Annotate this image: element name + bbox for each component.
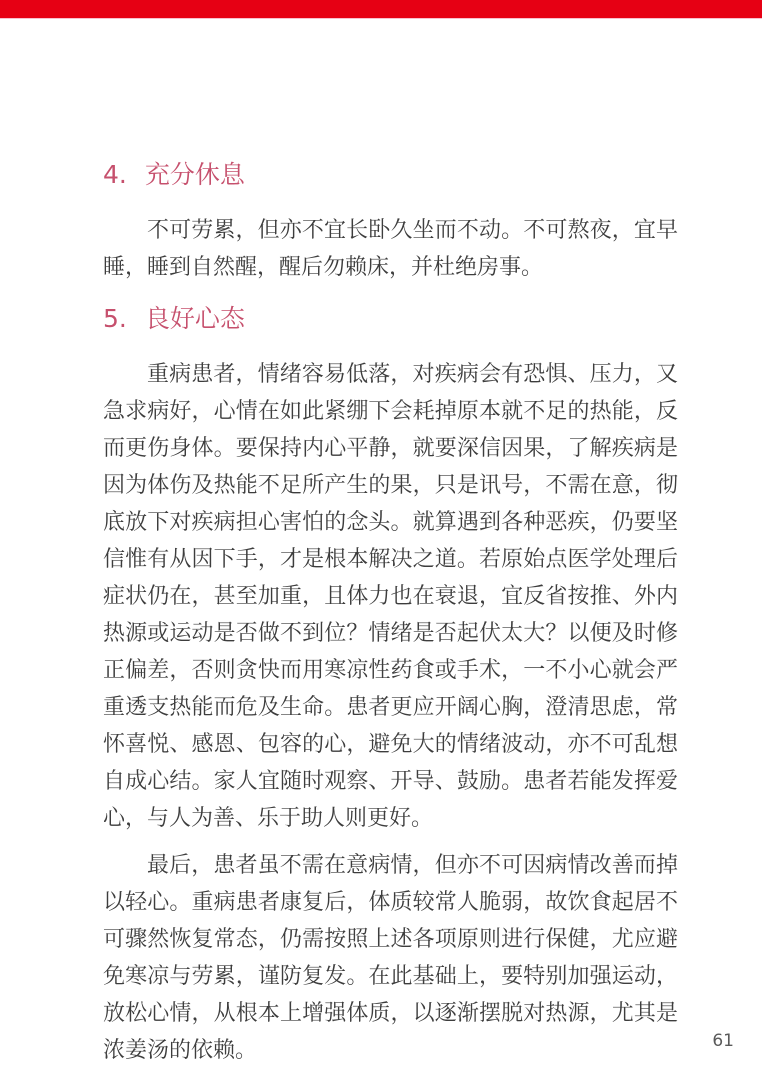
section-number: 5.	[103, 302, 127, 336]
section-heading: 4. 充分休息	[103, 158, 678, 192]
paragraph: 最后，患者虽不需在意病情，但亦不可因病情改善而掉以轻心。重病患者康复后，体质较常…	[103, 847, 678, 1069]
page-number: 61	[712, 1030, 734, 1052]
section-rest: 4. 充分休息 不可劳累，但亦不宜长卧久坐而不动。不可熬夜，宜早睡，睡到自然醒，…	[103, 158, 678, 286]
paragraph: 不可劳累，但亦不宜长卧久坐而不动。不可熬夜，宜早睡，睡到自然醒，醒后勿赖床，并杜…	[103, 212, 678, 286]
section-mindset: 5. 良好心态 重病患者，情绪容易低落，对疾病会有恐惧、压力，又急求病好，心情在…	[103, 302, 678, 1069]
section-number: 4.	[103, 158, 127, 192]
page-content: 4. 充分休息 不可劳累，但亦不宜长卧久坐而不动。不可熬夜，宜早睡，睡到自然醒，…	[0, 18, 762, 1069]
paragraph: 重病患者，情绪容易低落，对疾病会有恐惧、压力，又急求病好，心情在如此紧绷下会耗掉…	[103, 356, 678, 837]
book-page: 4. 充分休息 不可劳累，但亦不宜长卧久坐而不动。不可熬夜，宜早睡，睡到自然醒，…	[0, 0, 762, 1080]
top-red-bar	[0, 0, 762, 18]
section-title: 充分休息	[145, 158, 245, 192]
section-title: 良好心态	[145, 302, 245, 336]
section-heading: 5. 良好心态	[103, 302, 678, 336]
